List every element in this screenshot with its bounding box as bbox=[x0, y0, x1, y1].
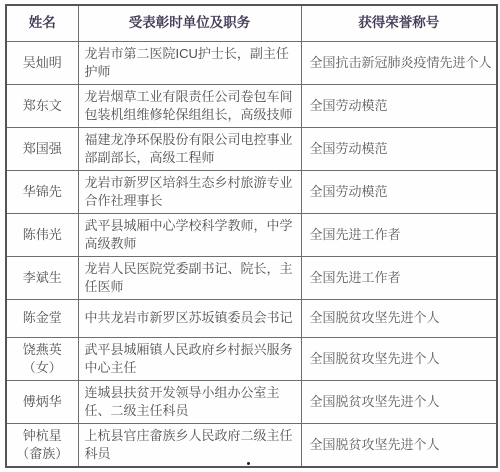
position-cell: 龙岩市第二医院ICU护士长，副主任护师 bbox=[78, 41, 301, 84]
name-cell: 饶燕英 （女） bbox=[6, 337, 78, 380]
honor-cell: 全国劳动模范 bbox=[301, 127, 497, 170]
position-cell: 龙岩市新罗区培斜生态乡村旅游专业合作社理事长 bbox=[78, 170, 301, 213]
position-cell: 龙岩烟草工业有限责任公司卷包车间包装机组维修轮保组组长，高级技师 bbox=[78, 84, 301, 127]
position-cell: 龙岩人民医院党委副书记、院长，主任医师 bbox=[78, 256, 301, 299]
table-row: 钟杭星 （畲族） 上杭县官庄畲族乡人民政府二级主任科员 全国脱贫攻坚先进个人 bbox=[6, 423, 497, 467]
honor-cell: 全国先进工作者 bbox=[301, 256, 497, 299]
column-header-name: 姓名 bbox=[6, 5, 78, 41]
table-row: 陈伟光 武平县城厢中心学校科学教师，中学高级教师 全国先进工作者 bbox=[6, 213, 497, 256]
stray-dot-artifact bbox=[247, 462, 250, 465]
table-header-row: 姓名 受表彰时单位及职务 获得荣誉称号 bbox=[6, 5, 497, 41]
name-cell: 陈金堂 bbox=[6, 299, 78, 337]
table-row: 郑东文 龙岩烟草工业有限责任公司卷包车间包装机组维修轮保组组长，高级技师 全国劳… bbox=[6, 84, 497, 127]
position-cell: 武平县城厢中心学校科学教师，中学高级教师 bbox=[78, 213, 301, 256]
column-header-position: 受表彰时单位及职务 bbox=[78, 5, 301, 41]
name-cell: 钟杭星 （畲族） bbox=[6, 423, 78, 467]
honor-cell: 全国脱贫攻坚先进个人 bbox=[301, 337, 497, 380]
honor-cell: 全国抗击新冠肺炎疫情先进个人 bbox=[301, 41, 497, 84]
honor-cell: 全国劳动模范 bbox=[301, 170, 497, 213]
position-cell: 武平县城厢镇人民政府乡村振兴服务中心主任 bbox=[78, 337, 301, 380]
honor-cell: 全国先进工作者 bbox=[301, 213, 497, 256]
commendation-table: 姓名 受表彰时单位及职务 获得荣誉称号 吴灿明 龙岩市第二医院ICU护士长，副主… bbox=[5, 4, 498, 468]
name-cell: 华锦先 bbox=[6, 170, 78, 213]
position-cell: 福建龙净环保股份有限公司电控事业部副部长，高级工程师 bbox=[78, 127, 301, 170]
position-cell: 中共龙岩市新罗区苏坂镇委员会书记 bbox=[78, 299, 301, 337]
table-row: 陈金堂 中共龙岩市新罗区苏坂镇委员会书记 全国脱贫攻坚先进个人 bbox=[6, 299, 497, 337]
table-body: 吴灿明 龙岩市第二医院ICU护士长，副主任护师 全国抗击新冠肺炎疫情先进个人 郑… bbox=[6, 41, 497, 467]
name-cell: 陈伟光 bbox=[6, 213, 78, 256]
table-row: 郑国强 福建龙净环保股份有限公司电控事业部副部长，高级工程师 全国劳动模范 bbox=[6, 127, 497, 170]
table-row: 华锦先 龙岩市新罗区培斜生态乡村旅游专业合作社理事长 全国劳动模范 bbox=[6, 170, 497, 213]
table-row: 李斌生 龙岩人民医院党委副书记、院长，主任医师 全国先进工作者 bbox=[6, 256, 497, 299]
honor-cell: 全国脱贫攻坚先进个人 bbox=[301, 299, 497, 337]
position-cell: 连城县扶贫开发领导小组办公室主任、二级主任科员 bbox=[78, 380, 301, 423]
column-header-honor: 获得荣誉称号 bbox=[301, 5, 497, 41]
name-cell: 郑国强 bbox=[6, 127, 78, 170]
table-row: 傅炳华 连城县扶贫开发领导小组办公室主任、二级主任科员 全国脱贫攻坚先进个人 bbox=[6, 380, 497, 423]
honor-cell: 全国脱贫攻坚先进个人 bbox=[301, 380, 497, 423]
name-cell: 傅炳华 bbox=[6, 380, 78, 423]
honor-cell: 全国劳动模范 bbox=[301, 84, 497, 127]
name-cell: 吴灿明 bbox=[6, 41, 78, 84]
table-row: 吴灿明 龙岩市第二医院ICU护士长，副主任护师 全国抗击新冠肺炎疫情先进个人 bbox=[6, 41, 497, 84]
position-cell: 上杭县官庄畲族乡人民政府二级主任科员 bbox=[78, 423, 301, 467]
name-cell: 郑东文 bbox=[6, 84, 78, 127]
name-cell: 李斌生 bbox=[6, 256, 78, 299]
honor-cell: 全国脱贫攻坚先进个人 bbox=[301, 423, 497, 467]
table-row: 饶燕英 （女） 武平县城厢镇人民政府乡村振兴服务中心主任 全国脱贫攻坚先进个人 bbox=[6, 337, 497, 380]
